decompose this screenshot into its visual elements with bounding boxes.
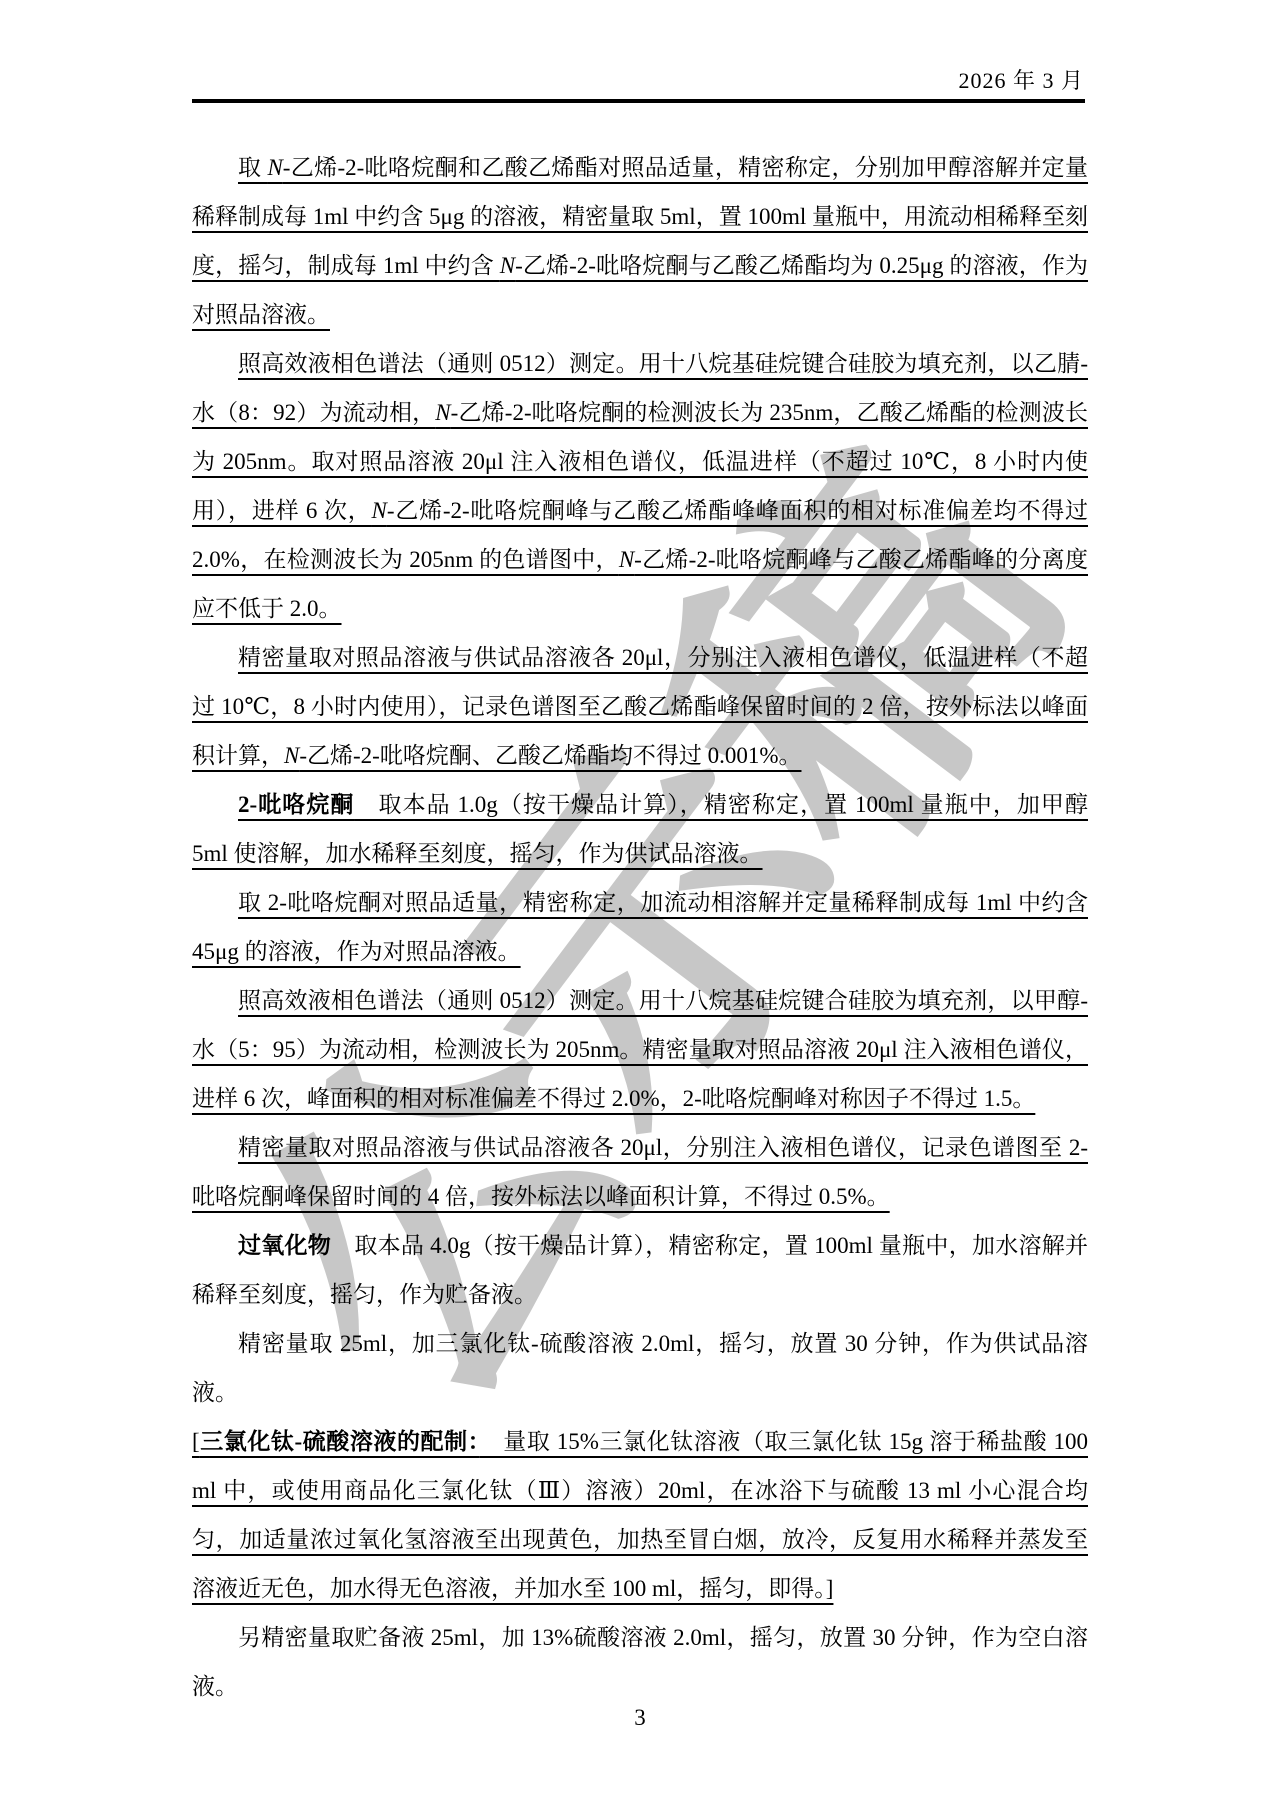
text-run: 三氯化钛-硫酸溶液的配制： [200, 1429, 480, 1454]
paragraph: 精密量取对照品溶液与供试品溶液各 20μl，分别注入液相色谱仪，低温进样（不超过… [192, 633, 1088, 780]
text-run: 精密量取 25ml，加三氯化钛-硫酸溶液 2.0ml，摇匀，放置 30 分钟，作… [192, 1331, 1088, 1405]
text-run: N [372, 498, 387, 523]
text-run: 另精密量取贮备液 25ml，加 13%硫酸溶液 2.0ml，摇匀，放置 30 分… [192, 1625, 1088, 1699]
text-run: [ [192, 1429, 200, 1454]
paragraph: 精密量取 25ml，加三氯化钛-硫酸溶液 2.0ml，摇匀，放置 30 分钟，作… [192, 1319, 1088, 1417]
paragraph: 过氧化物 取本品 4.0g（按干燥品计算），精密称定，置 100ml 量瓶中，加… [192, 1221, 1088, 1319]
text-run: 取 [238, 155, 267, 180]
text-run: N [435, 400, 450, 425]
text-run: 照高效液相色谱法（通则 0512）测定。用十八烷基硅烷键合硅胶为填充剂，以甲醇-… [192, 988, 1088, 1111]
document-body: 取 N-乙烯-2-吡咯烷酮和乙酸乙烯酯对照品适量，精密称定，分别加甲醇溶解并定量… [192, 143, 1088, 1711]
text-run: N [284, 743, 299, 768]
paragraph: 照高效液相色谱法（通则 0512）测定。用十八烷基硅烷键合硅胶为填充剂，以乙腈-… [192, 339, 1088, 633]
text-run: 精密量取对照品溶液与供试品溶液各 20μl，分别注入液相色谱仪，记录色谱图至 2… [192, 1135, 1088, 1209]
paragraph: 2-吡咯烷酮 取本品 1.0g（按干燥品计算），精密称定，置 100ml 量瓶中… [192, 780, 1088, 878]
paragraph: 精密量取对照品溶液与供试品溶液各 20μl，分别注入液相色谱仪，记录色谱图至 2… [192, 1123, 1088, 1221]
paragraph: [三氯化钛-硫酸溶液的配制： 量取 15%三氯化钛溶液（取三氯化钛 15g 溶于… [192, 1417, 1088, 1613]
text-run: N [500, 253, 515, 278]
text-run: 过氧化物 [238, 1233, 331, 1258]
header-rule [192, 99, 1085, 103]
text-run: N [619, 547, 634, 572]
text-run: N [267, 155, 282, 180]
page-number: 3 [0, 1705, 1280, 1731]
text-run: 取 2-吡咯烷酮对照品适量，精密称定，加流动相溶解并定量稀释制成每 1ml 中约… [192, 890, 1088, 964]
paragraph: 取 N-乙烯-2-吡咯烷酮和乙酸乙烯酯对照品适量，精密称定，分别加甲醇溶解并定量… [192, 143, 1088, 339]
document-page: { "page": { "header_date": "2026 年 3 月",… [0, 0, 1280, 1810]
paragraph: 照高效液相色谱法（通则 0512）测定。用十八烷基硅烷键合硅胶为填充剂，以甲醇-… [192, 976, 1088, 1123]
text-run: 量取 15%三氯化钛溶液（取三氯化钛 15g 溶于稀盐酸 100 ml 中，或使… [192, 1429, 1088, 1601]
paragraph: 取 2-吡咯烷酮对照品适量，精密称定，加流动相溶解并定量稀释制成每 1ml 中约… [192, 878, 1088, 976]
text-run: -乙烯-2-吡咯烷酮、乙酸乙烯酯均不得过 0.001%。 [299, 743, 801, 768]
text-run: 2-吡咯烷酮 [238, 792, 354, 817]
header-date: 2026 年 3 月 [958, 64, 1084, 95]
paragraph: 另精密量取贮备液 25ml，加 13%硫酸溶液 2.0ml，摇匀，放置 30 分… [192, 1613, 1088, 1711]
